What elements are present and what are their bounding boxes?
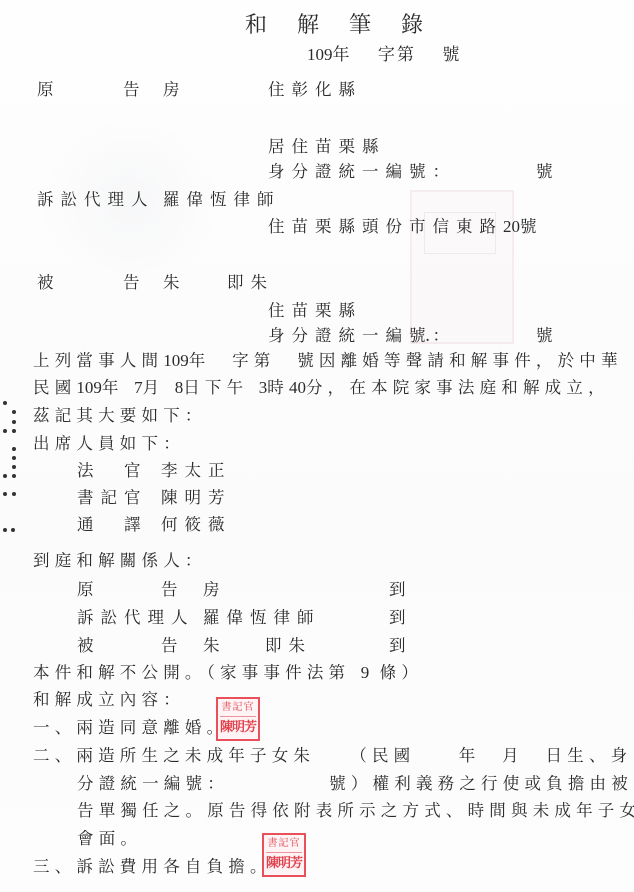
plaintiff-role-b: 告	[123, 80, 140, 100]
intro-month: 7	[134, 378, 143, 397]
binding-hole-dots	[0, 390, 20, 540]
item-1: 一、兩造同意離婚。	[33, 718, 228, 738]
present-defendant-status: 到	[389, 636, 406, 656]
item-2-line-4: 會面。	[77, 829, 142, 849]
intro-line-2: 民國109年 7月 8日下午 3時40分，在本院家事法庭和解成立，	[33, 378, 610, 398]
background-seal-watermark	[410, 190, 514, 344]
attendee-interpreter-name: 何筱薇	[161, 515, 232, 535]
stamp-name: 陳明芳	[218, 717, 258, 739]
plaintiff-residence: 居住苗栗縣	[268, 137, 386, 157]
privacy-article-number: 9	[361, 663, 370, 682]
defendant-id-dot: .	[425, 326, 430, 346]
dot	[3, 401, 7, 405]
dot	[11, 528, 15, 532]
intro-year: 109	[163, 351, 189, 370]
intro-text: 年 字第 號因離婚等聲請和解事件，於中華	[189, 351, 623, 370]
case-suffix: 號	[442, 45, 461, 65]
clerk-seal-stamp: 書記官 陳明芳	[262, 833, 306, 877]
present-plaintiff-role-a: 原	[77, 580, 94, 600]
attorney-name: 羅偉恆律師	[163, 190, 281, 210]
present-defendant-role-b: 告	[161, 636, 178, 656]
intro-text: 月	[143, 378, 165, 397]
intro-line-1: 上列當事人間109年 字第 號因離婚等聲請和解事件，於中華	[33, 351, 623, 371]
title-char: 解	[297, 12, 349, 40]
attorney-role: 訴訟代理人	[37, 190, 155, 210]
content-header: 和解成立內容：	[33, 690, 185, 710]
attorney-address-number: 20	[503, 217, 520, 236]
case-year: 109	[307, 45, 333, 64]
attendee-clerk-role: 書記官	[77, 488, 148, 508]
present-plaintiff-status: 到	[389, 580, 406, 600]
defendant-address: 住苗栗縣	[268, 301, 362, 321]
case-year-suffix: 年	[333, 45, 352, 65]
dot	[12, 474, 16, 478]
item-3: 三、訴訟費用各自負擔。	[33, 857, 272, 877]
intro-text: 上列當事人間	[33, 351, 163, 370]
defendant-role-b: 告	[123, 273, 140, 293]
attorney-address-suffix: 號	[520, 217, 544, 236]
item-2-line-2: 分證統一編號： 號）權利義務之行使或負擔由被	[77, 774, 633, 794]
present-defendant-name: 朱	[203, 636, 220, 656]
present-defendant-alias: 即朱	[265, 636, 312, 656]
dot	[12, 420, 16, 424]
intro-line-3: 茲記其大要如下：	[33, 406, 207, 426]
intro-day: 8	[175, 378, 184, 397]
present-plaintiff-role-b: 告	[161, 580, 178, 600]
document-page: 和解筆錄 109年 字第 號 原 告 房 住彰化縣 居住苗栗縣 身分證統一編號：…	[0, 0, 634, 892]
title-char: 錄	[401, 12, 453, 40]
dot	[3, 474, 7, 478]
privacy-note: 本件和解不公開。（家事事件法第 9 條）	[33, 663, 423, 683]
intro-text: 分，在本院家事法庭和解成立，	[306, 378, 610, 397]
item-number: 三、	[33, 857, 76, 876]
present-defendant-role-a: 被	[77, 636, 94, 656]
attendee-judge-name: 李太正	[161, 461, 232, 481]
attorney-address: 住苗栗縣頭份市信東路20號	[268, 217, 544, 237]
intro-text: 日下午	[183, 378, 248, 397]
present-attorney-name: 羅偉恆律師	[203, 608, 321, 628]
privacy-text: 條）	[380, 663, 423, 682]
clerk-seal-stamp: 書記官 陳明芳	[216, 697, 260, 741]
attendee-clerk-name: 陳明芳	[161, 488, 232, 508]
present-attorney-role: 訴訟代理人	[77, 608, 195, 628]
plaintiff-id-label: 身分證統一編號：	[268, 162, 456, 182]
defendant-alias: 即朱	[227, 273, 274, 293]
privacy-text: 本件和解不公開。（家事事件法第	[33, 663, 350, 682]
present-plaintiff-name: 房	[203, 580, 220, 600]
dot	[3, 429, 7, 433]
intro-text: 時	[267, 378, 289, 397]
dot	[12, 429, 16, 433]
dot	[3, 528, 7, 532]
dot	[3, 492, 7, 496]
defendant-id-suffix: 號	[536, 326, 553, 346]
stamp-title: 書記官	[220, 700, 256, 717]
intro-text: 年	[102, 378, 124, 397]
dot	[12, 465, 16, 469]
intro-year: 109	[76, 378, 102, 397]
intro-hour: 3	[259, 378, 268, 397]
present-header: 到庭和解關係人：	[33, 551, 207, 571]
attorney-address-prefix: 住苗栗縣頭份市信東路	[268, 217, 503, 236]
present-attorney-status: 到	[389, 608, 406, 628]
stamp-title: 書記官	[266, 836, 302, 853]
case-number: 109年 字第 號	[307, 44, 461, 66]
dot	[12, 447, 16, 451]
document-title: 和解筆錄	[245, 12, 453, 40]
item-text: 訴訟費用各自負擔。	[76, 857, 271, 876]
item-2-line-1: 二、兩造所生之未成年子女朱 （民國 年 月 日生、身	[33, 746, 632, 766]
attendee-interpreter-role: 通 譯	[77, 515, 148, 535]
plaintiff-name: 房	[163, 80, 180, 100]
title-char: 筆	[349, 12, 401, 40]
intro-minute: 40	[289, 378, 306, 397]
item-number: 一、	[33, 718, 76, 737]
stamp-name: 陳明芳	[264, 853, 304, 875]
dot	[12, 456, 16, 460]
item-number: 二、	[33, 746, 76, 765]
item-2-line-3: 告單獨任之。原告得依附表所示之方式、時間與未成年子女	[77, 801, 634, 821]
plaintiff-role-a: 原	[37, 80, 54, 100]
defendant-name: 朱	[163, 273, 180, 293]
item-text: 兩造同意離婚。	[76, 718, 228, 737]
plaintiff-address: 住彰化縣	[268, 80, 362, 100]
item-text: 兩造所生之未成年子女朱 （民國 年 月 日生、身	[76, 746, 632, 765]
attendee-judge-role: 法 官	[77, 461, 148, 481]
defendant-role-a: 被	[37, 273, 54, 293]
title-char: 和	[245, 12, 297, 40]
plaintiff-id-suffix: 號	[536, 162, 553, 182]
case-middle: 字第	[378, 45, 416, 65]
dot	[12, 492, 16, 496]
intro-text: 民國	[33, 378, 76, 397]
dot	[12, 410, 16, 414]
attendees-header: 出席人員如下：	[33, 434, 185, 454]
